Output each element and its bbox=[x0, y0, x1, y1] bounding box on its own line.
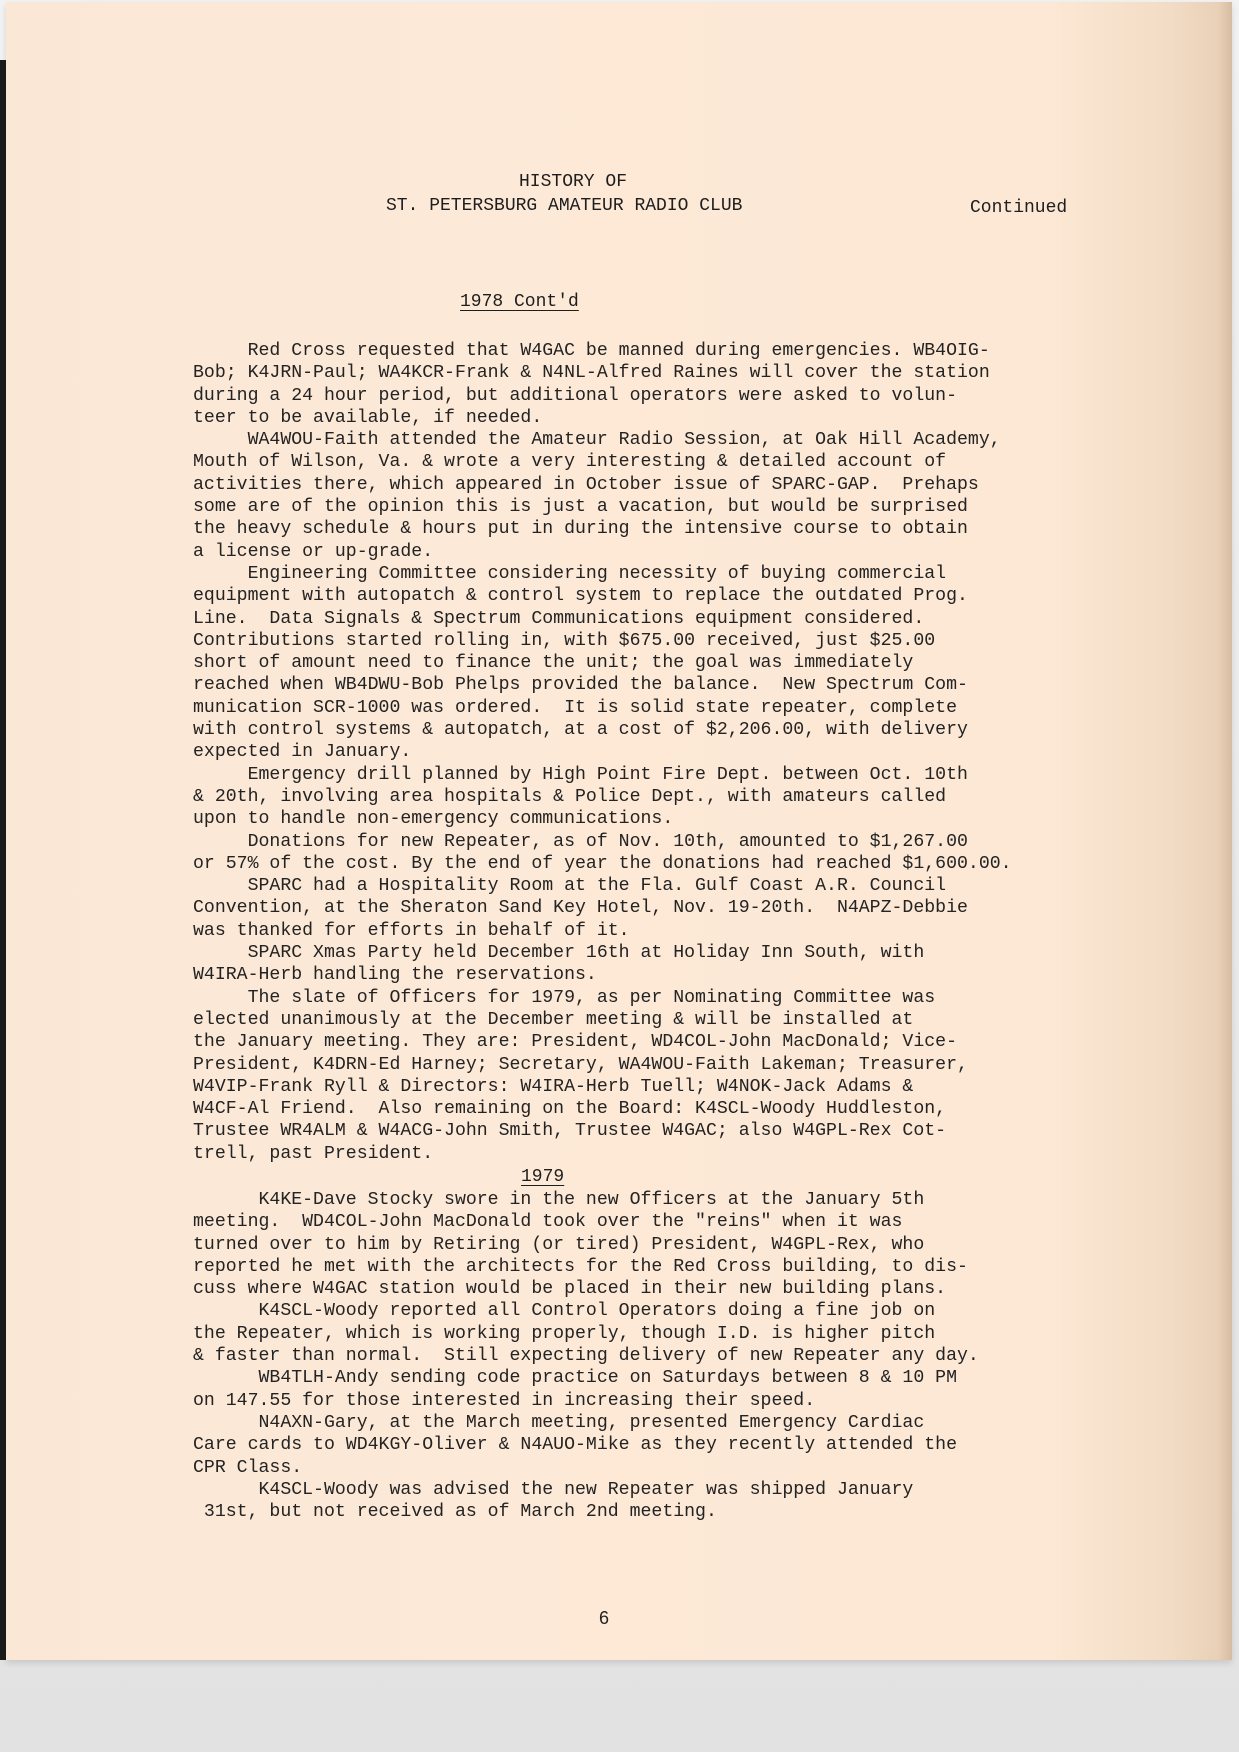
text-line: CPR Class. bbox=[193, 1457, 1128, 1479]
text-line: expected in January. bbox=[193, 741, 1128, 763]
text-line: Trustee WR4ALM & W4ACG-John Smith, Trust… bbox=[193, 1120, 1128, 1142]
text-line: reached when WB4DWU-Bob Phelps provided … bbox=[193, 674, 1128, 696]
text-line: turned over to him by Retiring (or tired… bbox=[193, 1234, 1128, 1256]
text-line: a license or up-grade. bbox=[193, 541, 1128, 563]
continued-label: Continued bbox=[970, 198, 1067, 218]
text-line: the heavy schedule & hours put in during… bbox=[193, 518, 1128, 540]
section-body-1978: Red Cross requested that W4GAC be manned… bbox=[193, 340, 1128, 1165]
text-line: Emergency drill planned by High Point Fi… bbox=[193, 764, 1128, 786]
text-line: K4SCL-Woody was advised the new Repeater… bbox=[193, 1479, 1128, 1501]
text-line: Convention, at the Sheraton Sand Key Hot… bbox=[193, 897, 1128, 919]
text-line: cuss where W4GAC station would be placed… bbox=[193, 1278, 1128, 1300]
text-line: Mouth of Wilson, Va. & wrote a very inte… bbox=[193, 451, 1128, 473]
text-line: meeting. WD4COL-John MacDonald took over… bbox=[193, 1211, 1128, 1233]
text-line: N4AXN-Gary, at the March meeting, presen… bbox=[193, 1412, 1128, 1434]
text-line: equipment with autopatch & control syste… bbox=[193, 585, 1128, 607]
text-line: WB4TLH-Andy sending code practice on Sat… bbox=[193, 1367, 1128, 1389]
text-line: W4VIP-Frank Ryll & Directors: W4IRA-Herb… bbox=[193, 1076, 1128, 1098]
text-line: on 147.55 for those interested in increa… bbox=[193, 1390, 1128, 1412]
text-line: teer to be available, if needed. bbox=[193, 407, 1128, 429]
text-line: & 20th, involving area hospitals & Polic… bbox=[193, 786, 1128, 808]
section-heading-1979: 1979 bbox=[521, 1167, 564, 1187]
text-line: was thanked for efforts in behalf of it. bbox=[193, 920, 1128, 942]
text-line: elected unanimously at the December meet… bbox=[193, 1009, 1128, 1031]
scan-edge bbox=[0, 60, 6, 1660]
page-number: 6 bbox=[599, 1608, 609, 1629]
text-line: President, K4DRN-Ed Harney; Secretary, W… bbox=[193, 1054, 1128, 1076]
text-line: Care cards to WD4KGY-Oliver & N4AUO-Mike… bbox=[193, 1434, 1128, 1456]
text-line: K4SCL-Woody reported all Control Operato… bbox=[193, 1300, 1128, 1322]
text-line: The slate of Officers for 1979, as per N… bbox=[193, 987, 1128, 1009]
section-body-1979: K4KE-Dave Stocky swore in the new Office… bbox=[193, 1189, 1128, 1523]
text-line: SPARC had a Hospitality Room at the Fla.… bbox=[193, 875, 1128, 897]
text-line: Donations for new Repeater, as of Nov. 1… bbox=[193, 831, 1128, 853]
text-line: reported he met with the architects for … bbox=[193, 1256, 1128, 1278]
page-header: HISTORY OF ST. PETERSBURG AMATEUR RADIO … bbox=[6, 170, 1232, 230]
text-line: the January meeting. They are: President… bbox=[193, 1031, 1128, 1053]
text-line: Engineering Committee considering necess… bbox=[193, 563, 1128, 585]
text-line: upon to handle non-emergency communicati… bbox=[193, 808, 1128, 830]
text-line: & faster than normal. Still expecting de… bbox=[193, 1345, 1128, 1367]
text-line: the Repeater, which is working properly,… bbox=[193, 1323, 1128, 1345]
document-page: HISTORY OF ST. PETERSBURG AMATEUR RADIO … bbox=[6, 2, 1232, 1660]
text-line: K4KE-Dave Stocky swore in the new Office… bbox=[193, 1189, 1128, 1211]
text-line: W4CF-Al Friend. Also remaining on the Bo… bbox=[193, 1098, 1128, 1120]
text-line: activities there, which appeared in Octo… bbox=[193, 474, 1128, 496]
text-line: Contributions started rolling in, with $… bbox=[193, 630, 1128, 652]
text-line: or 57% of the cost. By the end of year t… bbox=[193, 853, 1128, 875]
text-line: with control systems & autopatch, at a c… bbox=[193, 719, 1128, 741]
text-line: 31st, but not received as of March 2nd m… bbox=[193, 1501, 1128, 1523]
text-line: SPARC Xmas Party held December 16th at H… bbox=[193, 942, 1128, 964]
text-line: W4IRA-Herb handling the reservations. bbox=[193, 964, 1128, 986]
header-title-line-2: ST. PETERSBURG AMATEUR RADIO CLUB bbox=[386, 196, 742, 216]
text-line: Bob; K4JRN-Paul; WA4KCR-Frank & N4NL-Alf… bbox=[193, 362, 1128, 384]
text-line: short of amount need to finance the unit… bbox=[193, 652, 1128, 674]
text-line: WA4WOU-Faith attended the Amateur Radio … bbox=[193, 429, 1128, 451]
text-line: munication SCR-1000 was ordered. It is s… bbox=[193, 697, 1128, 719]
text-line: trell, past President. bbox=[193, 1143, 1128, 1165]
section-heading-1978: 1978 Cont'd bbox=[460, 292, 579, 312]
text-line: Red Cross requested that W4GAC be manned… bbox=[193, 340, 1128, 362]
header-title-line-1: HISTORY OF bbox=[519, 172, 627, 192]
text-line: some are of the opinion this is just a v… bbox=[193, 496, 1128, 518]
text-line: during a 24 hour period, but additional … bbox=[193, 385, 1128, 407]
text-line: Line. Data Signals & Spectrum Communicat… bbox=[193, 608, 1128, 630]
